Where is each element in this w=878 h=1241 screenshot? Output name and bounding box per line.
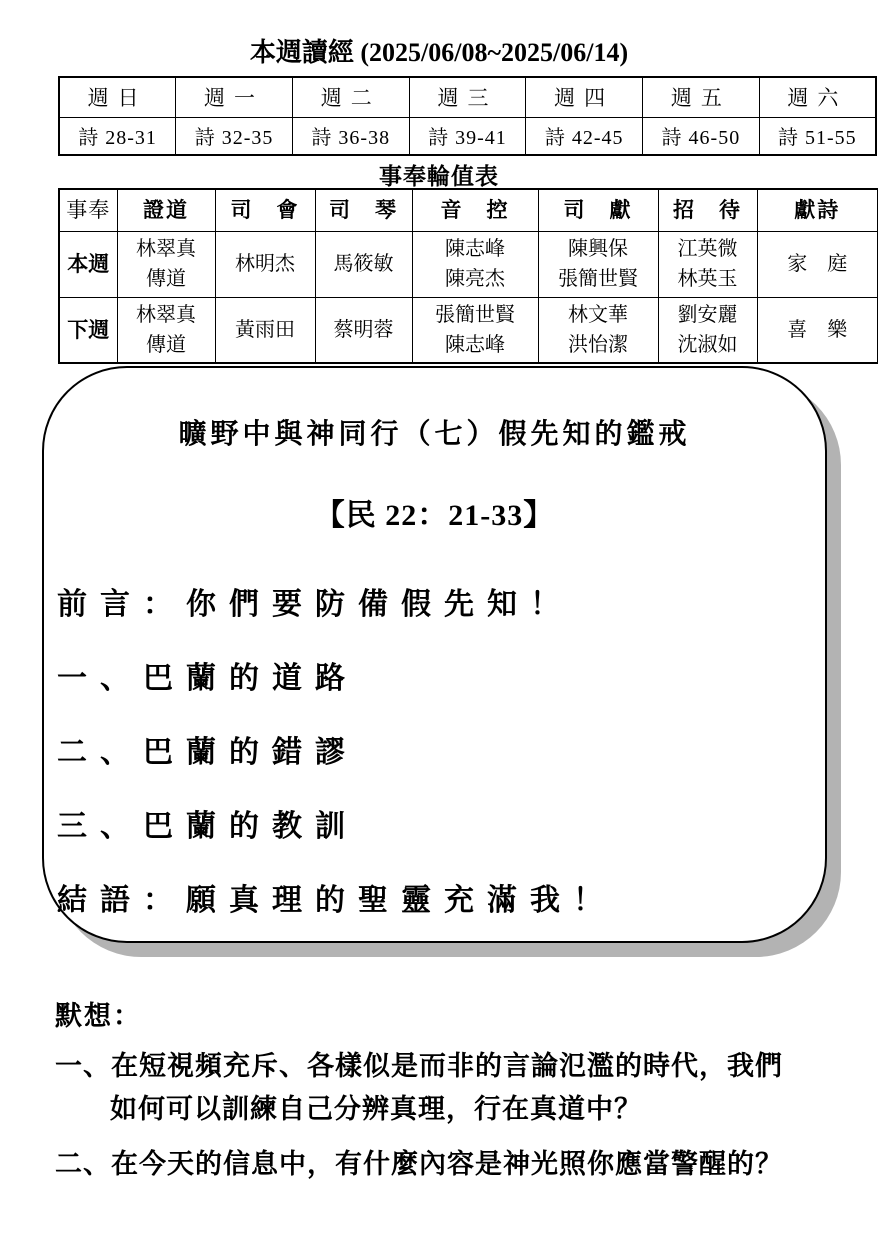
duty-cell: 林翠真 傳道 <box>117 231 215 297</box>
duty-cell: 陳興保 張簡世賢 <box>538 231 658 297</box>
duty-cell: 喜 樂 <box>757 297 878 363</box>
sermon-outline-box: 曠野中與神同行（七）假先知的鑑戒 【民 22：21-33】 前言：你們要防備假先… <box>42 366 827 943</box>
duty-cell: 蔡明蓉 <box>315 297 412 363</box>
duty-cell: 江英微 林英玉 <box>658 231 757 297</box>
meditation-question-2: 二、在今天的信息中，有什麼內容是神光照你應當警醒的？ <box>55 1143 865 1186</box>
day-header-cell: 週二 <box>292 77 409 117</box>
sermon-outline-intro: 前言：你們要防備假先知！ <box>57 564 825 638</box>
sermon-outline-point-2: 二、巴蘭的錯謬 <box>57 712 825 786</box>
week-label-cell: 下週 <box>59 297 117 363</box>
meditation-question-1: 一、在短視頻充斥、各樣似是而非的言論氾濫的時代，我們 如何可以訓練自己分辨真理，… <box>55 1045 865 1131</box>
reading-passages-row: 詩 28-31 詩 32-35 詩 36-38 詩 39-41 詩 42-45 … <box>59 117 876 155</box>
duty-cell: 黃雨田 <box>215 297 315 363</box>
duty-header-row: 事奉 證道 司 會 司 琴 音 控 司 獻 招 待 獻詩 <box>59 189 878 231</box>
duty-header-cell: 司 獻 <box>538 189 658 231</box>
day-header-cell: 週五 <box>643 77 760 117</box>
week-label-cell: 本週 <box>59 231 117 297</box>
passage-cell: 詩 51-55 <box>759 117 876 155</box>
duty-cell: 林明杰 <box>215 231 315 297</box>
duty-header-cell: 獻詩 <box>757 189 878 231</box>
duty-row-this-week: 本週 林翠真 傳道 林明杰 馬筱敏 陳志峰 陳亮杰 陳興保 張簡世賢 江英微 林… <box>59 231 878 297</box>
passage-cell: 詩 39-41 <box>409 117 526 155</box>
duty-cell: 劉安麗 沈淑如 <box>658 297 757 363</box>
passage-cell: 詩 46-50 <box>643 117 760 155</box>
day-header-cell: 週六 <box>759 77 876 117</box>
sermon-outline-point-3: 三、巴蘭的教訓 <box>57 786 825 860</box>
duty-roster-table: 事奉 證道 司 會 司 琴 音 控 司 獻 招 待 獻詩 本週 林翠真 傳道 林… <box>58 188 878 364</box>
duty-cell: 陳志峰 陳亮杰 <box>412 231 538 297</box>
sermon-scripture-reference: 【民 22：21-33】 <box>44 490 825 534</box>
duty-cell: 林文華 洪怡潔 <box>538 297 658 363</box>
duty-header-cell: 招 待 <box>658 189 757 231</box>
duty-header-cell: 音 控 <box>412 189 538 231</box>
passage-cell: 詩 32-35 <box>176 117 293 155</box>
sermon-outline-point-1: 一、巴蘭的道路 <box>57 638 825 712</box>
duty-header-cell: 事奉 <box>59 189 117 231</box>
bulletin-page: 本週讀經 (2025/06/08~2025/06/14) 週日 週一 週二 週三… <box>0 0 878 1241</box>
sermon-title: 曠野中與神同行（七）假先知的鑑戒 <box>44 412 825 452</box>
duty-header-cell: 司 會 <box>215 189 315 231</box>
day-header-cell: 週三 <box>409 77 526 117</box>
sermon-outline: 前言：你們要防備假先知！ 一、巴蘭的道路 二、巴蘭的錯謬 三、巴蘭的教訓 結語：… <box>57 564 825 934</box>
passage-cell: 詩 42-45 <box>526 117 643 155</box>
duty-cell: 馬筱敏 <box>315 231 412 297</box>
duty-cell: 張簡世賢 陳志峰 <box>412 297 538 363</box>
duty-header-cell: 司 琴 <box>315 189 412 231</box>
day-header-cell: 週一 <box>176 77 293 117</box>
duty-header-cell: 證道 <box>117 189 215 231</box>
passage-cell: 詩 36-38 <box>292 117 409 155</box>
meditation-section: 默想： 一、在短視頻充斥、各樣似是而非的言論氾濫的時代，我們 如何可以訓練自己分… <box>55 994 865 1186</box>
duty-row-next-week: 下週 林翠真 傳道 黃雨田 蔡明蓉 張簡世賢 陳志峰 林文華 洪怡潔 劉安麗 沈… <box>59 297 878 363</box>
duty-roster-title: 事奉輪值表 <box>28 158 850 191</box>
day-header-cell: 週四 <box>526 77 643 117</box>
meditation-heading: 默想： <box>55 994 865 1033</box>
duty-cell: 林翠真 傳道 <box>117 297 215 363</box>
day-header-cell: 週日 <box>59 77 176 117</box>
reading-table: 週日 週一 週二 週三 週四 週五 週六 詩 28-31 詩 32-35 詩 3… <box>58 76 877 156</box>
sermon-outline-conclusion: 結語：願真理的聖靈充滿我！ <box>57 860 825 934</box>
passage-cell: 詩 28-31 <box>59 117 176 155</box>
duty-cell: 家 庭 <box>757 231 878 297</box>
reading-days-row: 週日 週一 週二 週三 週四 週五 週六 <box>59 77 876 117</box>
reading-title: 本週讀經 (2025/06/08~2025/06/14) <box>28 32 850 69</box>
